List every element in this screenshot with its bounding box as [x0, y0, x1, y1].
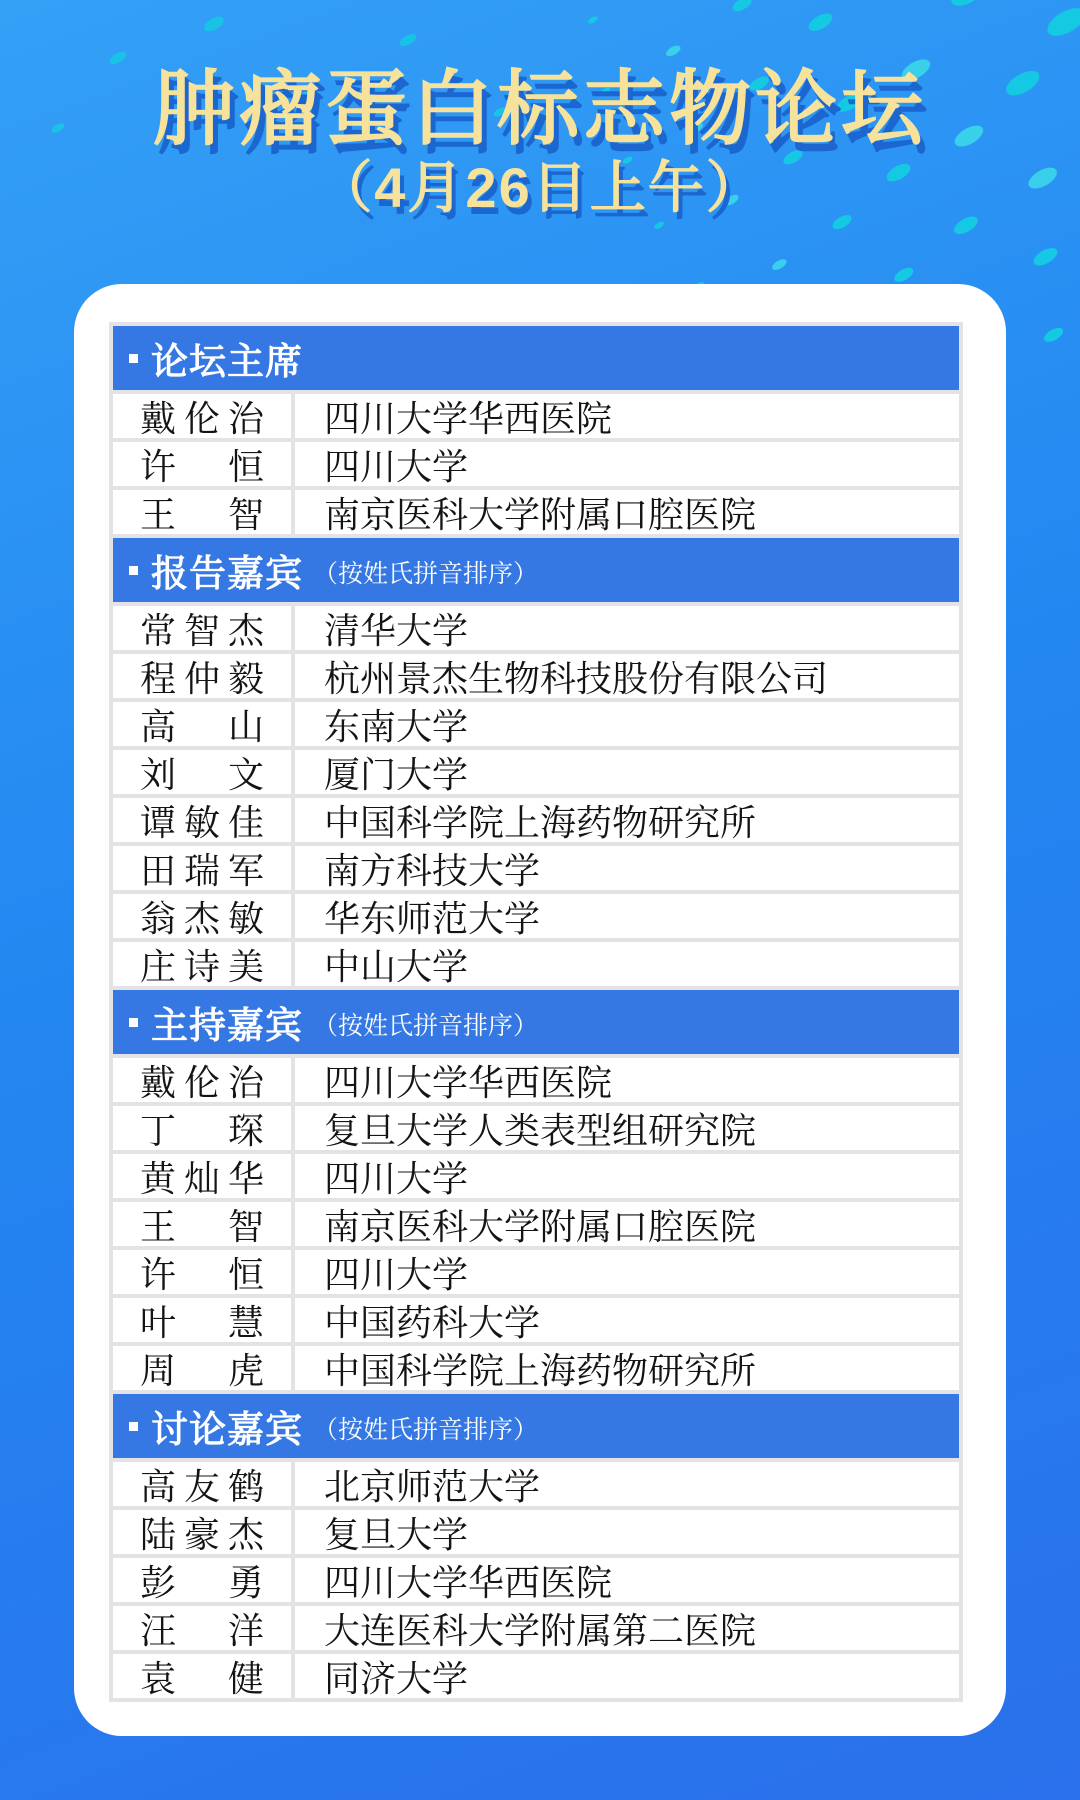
dot: [892, 265, 916, 285]
table-row: 许恒四川大学: [113, 1250, 959, 1294]
table-row: 叶慧中国药科大学: [113, 1298, 959, 1342]
dot: [770, 257, 788, 272]
guest-name-cell: 田瑞军: [113, 846, 291, 890]
guest-name-cell: 程仲毅: [113, 654, 291, 698]
page-subtitle: （4月26日上午）: [0, 144, 1080, 224]
guest-organization-cell: 复旦大学人类表型组研究院: [295, 1106, 959, 1150]
bullet-square-icon: [129, 1018, 138, 1027]
dot: [947, 0, 988, 11]
guest-organization-cell: 南京医科大学附属口腔医院: [295, 490, 959, 534]
table-row: 王智南京医科大学附属口腔医院: [113, 490, 959, 534]
guest-organization-cell: 同济大学: [295, 1654, 959, 1698]
bullet-square-icon: [129, 566, 138, 575]
table-row: 王智南京医科大学附属口腔医院: [113, 1202, 959, 1246]
section-title: 报告嘉宾: [151, 543, 303, 597]
guest-name-cell: 彭勇: [113, 1558, 291, 1602]
section-title: 论坛主席: [151, 331, 303, 385]
section-sort-note: （按姓氏拼音排序）: [313, 1006, 538, 1042]
table-row: 田瑞军南方科技大学: [113, 846, 959, 890]
guest-name-cell: 翁杰敏: [113, 894, 291, 938]
guest-organization-cell: 四川大学: [295, 442, 959, 486]
guest-name-cell: 周虎: [113, 1346, 291, 1390]
guest-organization-cell: 四川大学华西医院: [295, 394, 959, 438]
dot: [1043, 2, 1080, 41]
guest-organization-cell: 中山大学: [295, 942, 959, 986]
table-row: 丁琛复旦大学人类表型组研究院: [113, 1106, 959, 1150]
table-row: 戴伦治四川大学华西医院: [113, 1058, 959, 1102]
guest-name-cell: 丁琛: [113, 1106, 291, 1150]
schedule-card: 论坛主席戴伦治四川大学华西医院许恒四川大学王智南京医科大学附属口腔医院报告嘉宾（…: [74, 284, 1006, 1736]
guest-organization-cell: 华东师范大学: [295, 894, 959, 938]
guest-organization-cell: 中国科学院上海药物研究所: [295, 1346, 959, 1390]
section-sort-note: （按姓氏拼音排序）: [313, 554, 538, 590]
bullet-square-icon: [129, 1422, 138, 1431]
table-row: 袁健同济大学: [113, 1654, 959, 1698]
guest-organization-cell: 南方科技大学: [295, 846, 959, 890]
guest-name-cell: 许恒: [113, 1250, 291, 1294]
guest-name-cell: 黄灿华: [113, 1154, 291, 1198]
guest-name-cell: 庄诗美: [113, 942, 291, 986]
guest-organization-cell: 中国科学院上海药物研究所: [295, 798, 959, 842]
guest-name-cell: 戴伦治: [113, 1058, 291, 1102]
dot: [730, 0, 754, 14]
guest-name-cell: 高山: [113, 702, 291, 746]
table-row: 彭勇四川大学华西医院: [113, 1558, 959, 1602]
table-row: 周虎中国科学院上海药物研究所: [113, 1346, 959, 1390]
forum-poster: 肿瘤蛋白标志物论坛 （4月26日上午） 论坛主席戴伦治四川大学华西医院许恒四川大…: [0, 0, 1080, 1800]
guest-name-cell: 汪洋: [113, 1606, 291, 1650]
guest-organization-cell: 南京医科大学附属口腔医院: [295, 1202, 959, 1246]
guest-organization-cell: 杭州景杰生物科技股份有限公司: [295, 654, 959, 698]
dot: [1031, 244, 1060, 269]
table-row: 谭敏佳中国科学院上海药物研究所: [113, 798, 959, 842]
guest-name-cell: 谭敏佳: [113, 798, 291, 842]
table-row: 庄诗美中山大学: [113, 942, 959, 986]
table-row: 高山东南大学: [113, 702, 959, 746]
guest-name-cell: 常智杰: [113, 606, 291, 650]
guest-organization-cell: 四川大学: [295, 1250, 959, 1294]
guest-organization-cell: 厦门大学: [295, 750, 959, 794]
schedule-table: 论坛主席戴伦治四川大学华西医院许恒四川大学王智南京医科大学附属口腔医院报告嘉宾（…: [109, 322, 963, 1702]
table-row: 陆豪杰复旦大学: [113, 1510, 959, 1554]
guest-organization-cell: 中国药科大学: [295, 1298, 959, 1342]
dot: [806, 10, 835, 35]
dot: [202, 14, 227, 35]
guest-organization-cell: 大连医科大学附属第二医院: [295, 1606, 959, 1650]
guest-organization-cell: 清华大学: [295, 606, 959, 650]
bullet-square-icon: [129, 354, 138, 363]
section-header-3: 主持嘉宾（按姓氏拼音排序）: [113, 990, 959, 1054]
section-title: 主持嘉宾: [151, 995, 303, 1049]
guest-organization-cell: 四川大学华西医院: [295, 1558, 959, 1602]
section-title: 讨论嘉宾: [151, 1399, 303, 1453]
section-header-2: 报告嘉宾（按姓氏拼音排序）: [113, 538, 959, 602]
guest-name-cell: 叶慧: [113, 1298, 291, 1342]
table-row: 程仲毅杭州景杰生物科技股份有限公司: [113, 654, 959, 698]
table-row: 戴伦治四川大学华西医院: [113, 394, 959, 438]
dot: [1042, 325, 1066, 345]
table-row: 黄灿华四川大学: [113, 1154, 959, 1198]
section-sort-note: （按姓氏拼音排序）: [313, 1410, 538, 1446]
guest-organization-cell: 复旦大学: [295, 1510, 959, 1554]
guest-name-cell: 袁健: [113, 1654, 291, 1698]
table-row: 常智杰清华大学: [113, 606, 959, 650]
guest-organization-cell: 北京师范大学: [295, 1462, 959, 1506]
table-row: 汪洋大连医科大学附属第二医院: [113, 1606, 959, 1650]
table-row: 许恒四川大学: [113, 442, 959, 486]
guest-name-cell: 王智: [113, 1202, 291, 1246]
dot: [874, 0, 909, 3]
section-header-4: 讨论嘉宾（按姓氏拼音排序）: [113, 1394, 959, 1458]
guest-organization-cell: 四川大学华西医院: [295, 1058, 959, 1102]
table-row: 高友鹤北京师范大学: [113, 1462, 959, 1506]
guest-organization-cell: 四川大学: [295, 1154, 959, 1198]
guest-name-cell: 戴伦治: [113, 394, 291, 438]
table-row: 翁杰敏华东师范大学: [113, 894, 959, 938]
guest-name-cell: 高友鹤: [113, 1462, 291, 1506]
guest-name-cell: 刘文: [113, 750, 291, 794]
dot: [587, 15, 599, 25]
guest-name-cell: 许恒: [113, 442, 291, 486]
guest-organization-cell: 东南大学: [295, 702, 959, 746]
section-header-1: 论坛主席: [113, 326, 959, 390]
guest-name-cell: 陆豪杰: [113, 1510, 291, 1554]
guest-name-cell: 王智: [113, 490, 291, 534]
table-row: 刘文厦门大学: [113, 750, 959, 794]
